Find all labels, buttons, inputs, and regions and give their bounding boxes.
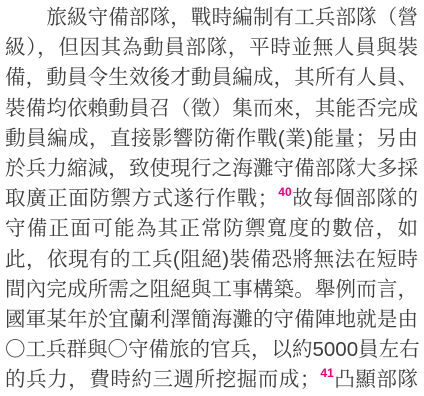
- text-line: 旅級守備部隊，戰時編制有工兵部隊（營: [5, 3, 418, 33]
- text-run: 此，依現有的工兵(阻絕)裝備恐將無法在短時: [5, 248, 418, 271]
- footnote-ref-40: 40: [278, 185, 291, 199]
- text-run: 〇工兵群與〇守備旅的官兵，以約5000員左右: [5, 338, 420, 361]
- text-run: 備，動員令生效後才動員編成，其所有人員、: [5, 66, 418, 89]
- text-run: 間內完成所需之阻絕與工事構築。舉例而言，: [5, 278, 418, 301]
- text-line: 〇工兵群與〇守備旅的官兵，以約5000員左右: [5, 335, 418, 365]
- text-run: 取廣正面防禦方式遂行作戰；: [5, 187, 278, 210]
- paragraph: 旅級守備部隊，戰時編制有工兵部隊（營級），但因其為動員部隊，平時並無人員與裝備，…: [5, 3, 418, 395]
- text-line: 間內完成所需之阻絕與工事構築。舉例而言，: [5, 275, 418, 305]
- text-line: 動員編成，直接影響防衛作戰(業)能量；另由: [5, 124, 418, 154]
- text-run: 故每個部隊的: [292, 187, 418, 210]
- text-line: 此，依現有的工兵(阻絕)裝備恐將無法在短時: [5, 245, 418, 275]
- text-run: 的兵力，費時約三週所挖掘而成；: [5, 368, 320, 391]
- text-line: 於兵力縮減，致使現行之海灘守備部隊大多採: [5, 154, 418, 184]
- text-run: 動員編成，直接影響防衛作戰(業)能量；另由: [5, 127, 418, 150]
- text-run: 守備正面可能為其正常防禦寬度的數倍，如: [5, 217, 418, 240]
- text-run: 凸顯部隊: [334, 368, 418, 391]
- text-line: 國軍某年於宜蘭利澤簡海灘的守備陣地就是由: [5, 305, 418, 335]
- text-line: 的兵力，費時約三週所挖掘而成；41凸顯部隊: [5, 365, 418, 395]
- text-line: 取廣正面防禦方式遂行作戰；40故每個部隊的: [5, 184, 418, 214]
- text-line: 級），但因其為動員部隊，平時並無人員與裝: [5, 33, 418, 63]
- text-run: 旅級守備部隊，戰時編制有工兵部隊（營: [5, 6, 418, 29]
- text-run: 國軍某年於宜蘭利澤簡海灘的守備陣地就是由: [5, 308, 418, 331]
- text-line: 守備正面可能為其正常防禦寬度的數倍，如: [5, 214, 418, 244]
- text-run: 裝備均依賴動員召（徵）集而來，其能否完成: [5, 97, 418, 120]
- text-run: 級），但因其為動員部隊，平時並無人員與裝: [5, 36, 418, 59]
- text-line: 備，動員令生效後才動員編成，其所有人員、: [5, 63, 418, 93]
- text-run: 於兵力縮減，致使現行之海灘守備部隊大多採: [5, 157, 418, 180]
- text-line: 裝備均依賴動員召（徵）集而來，其能否完成: [5, 94, 418, 124]
- footnote-ref-41: 41: [320, 366, 333, 380]
- paper-page: 旅級守備部隊，戰時編制有工兵部隊（營級），但因其為動員部隊，平時並無人員與裝備，…: [0, 0, 424, 396]
